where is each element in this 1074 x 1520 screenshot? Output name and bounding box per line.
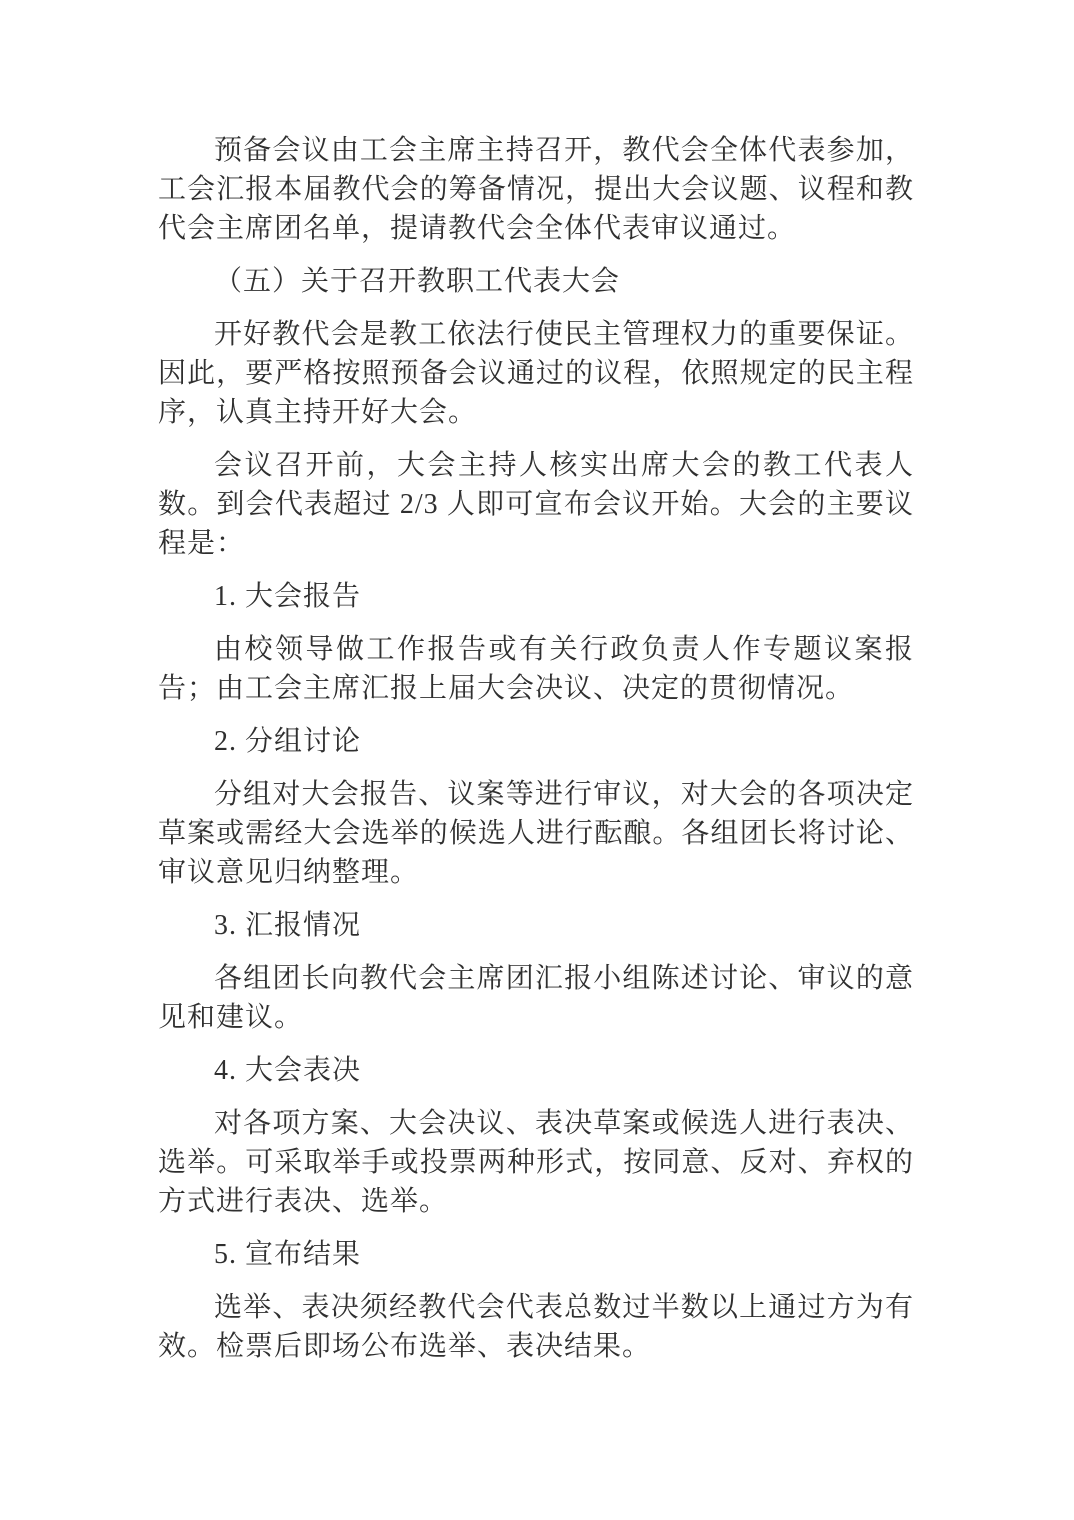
- item-heading-4-vote: 4. 大会表决: [158, 1051, 914, 1090]
- item-heading-1-report: 1. 大会报告: [158, 577, 914, 616]
- item-heading-5-announce-result: 5. 宣布结果: [158, 1235, 914, 1274]
- item-heading-3-report-situation: 3. 汇报情况: [158, 906, 914, 945]
- document-page: 预备会议由工会主席主持召开，教代会全体代表参加，工会汇报本届教代会的筹备情况，提…: [0, 0, 1074, 1520]
- paragraph-item-3-body: 各组团长向教代会主席团汇报小组陈述讨论、审议的意见和建议。: [158, 959, 914, 1037]
- item-heading-2-group-discussion: 2. 分组讨论: [158, 722, 914, 761]
- paragraph-quorum: 会议召开前，大会主持人核实出席大会的教工代表人数。到会代表超过 2/3 人即可宣…: [158, 446, 914, 563]
- paragraph-importance: 开好教代会是教工依法行使民主管理权力的重要保证。因此，要严格按照预备会议通过的议…: [158, 315, 914, 432]
- paragraph-item-2-body: 分组对大会报告、议案等进行审议，对大会的各项决定草案或需经大会选举的候选人进行酝…: [158, 775, 914, 892]
- section-heading-five: （五）关于召开教职工代表大会: [158, 262, 914, 301]
- paragraph-preparatory-meeting: 预备会议由工会主席主持召开，教代会全体代表参加，工会汇报本届教代会的筹备情况，提…: [158, 131, 914, 248]
- paragraph-item-4-body: 对各项方案、大会决议、表决草案或候选人进行表决、选举。可采取举手或投票两种形式，…: [158, 1104, 914, 1221]
- paragraph-item-5-body: 选举、表决须经教代会代表总数过半数以上通过方为有效。检票后即场公布选举、表决结果…: [158, 1288, 914, 1366]
- paragraph-item-1-body: 由校领导做工作报告或有关行政负责人作专题议案报告；由工会主席汇报上届大会决议、决…: [158, 630, 914, 708]
